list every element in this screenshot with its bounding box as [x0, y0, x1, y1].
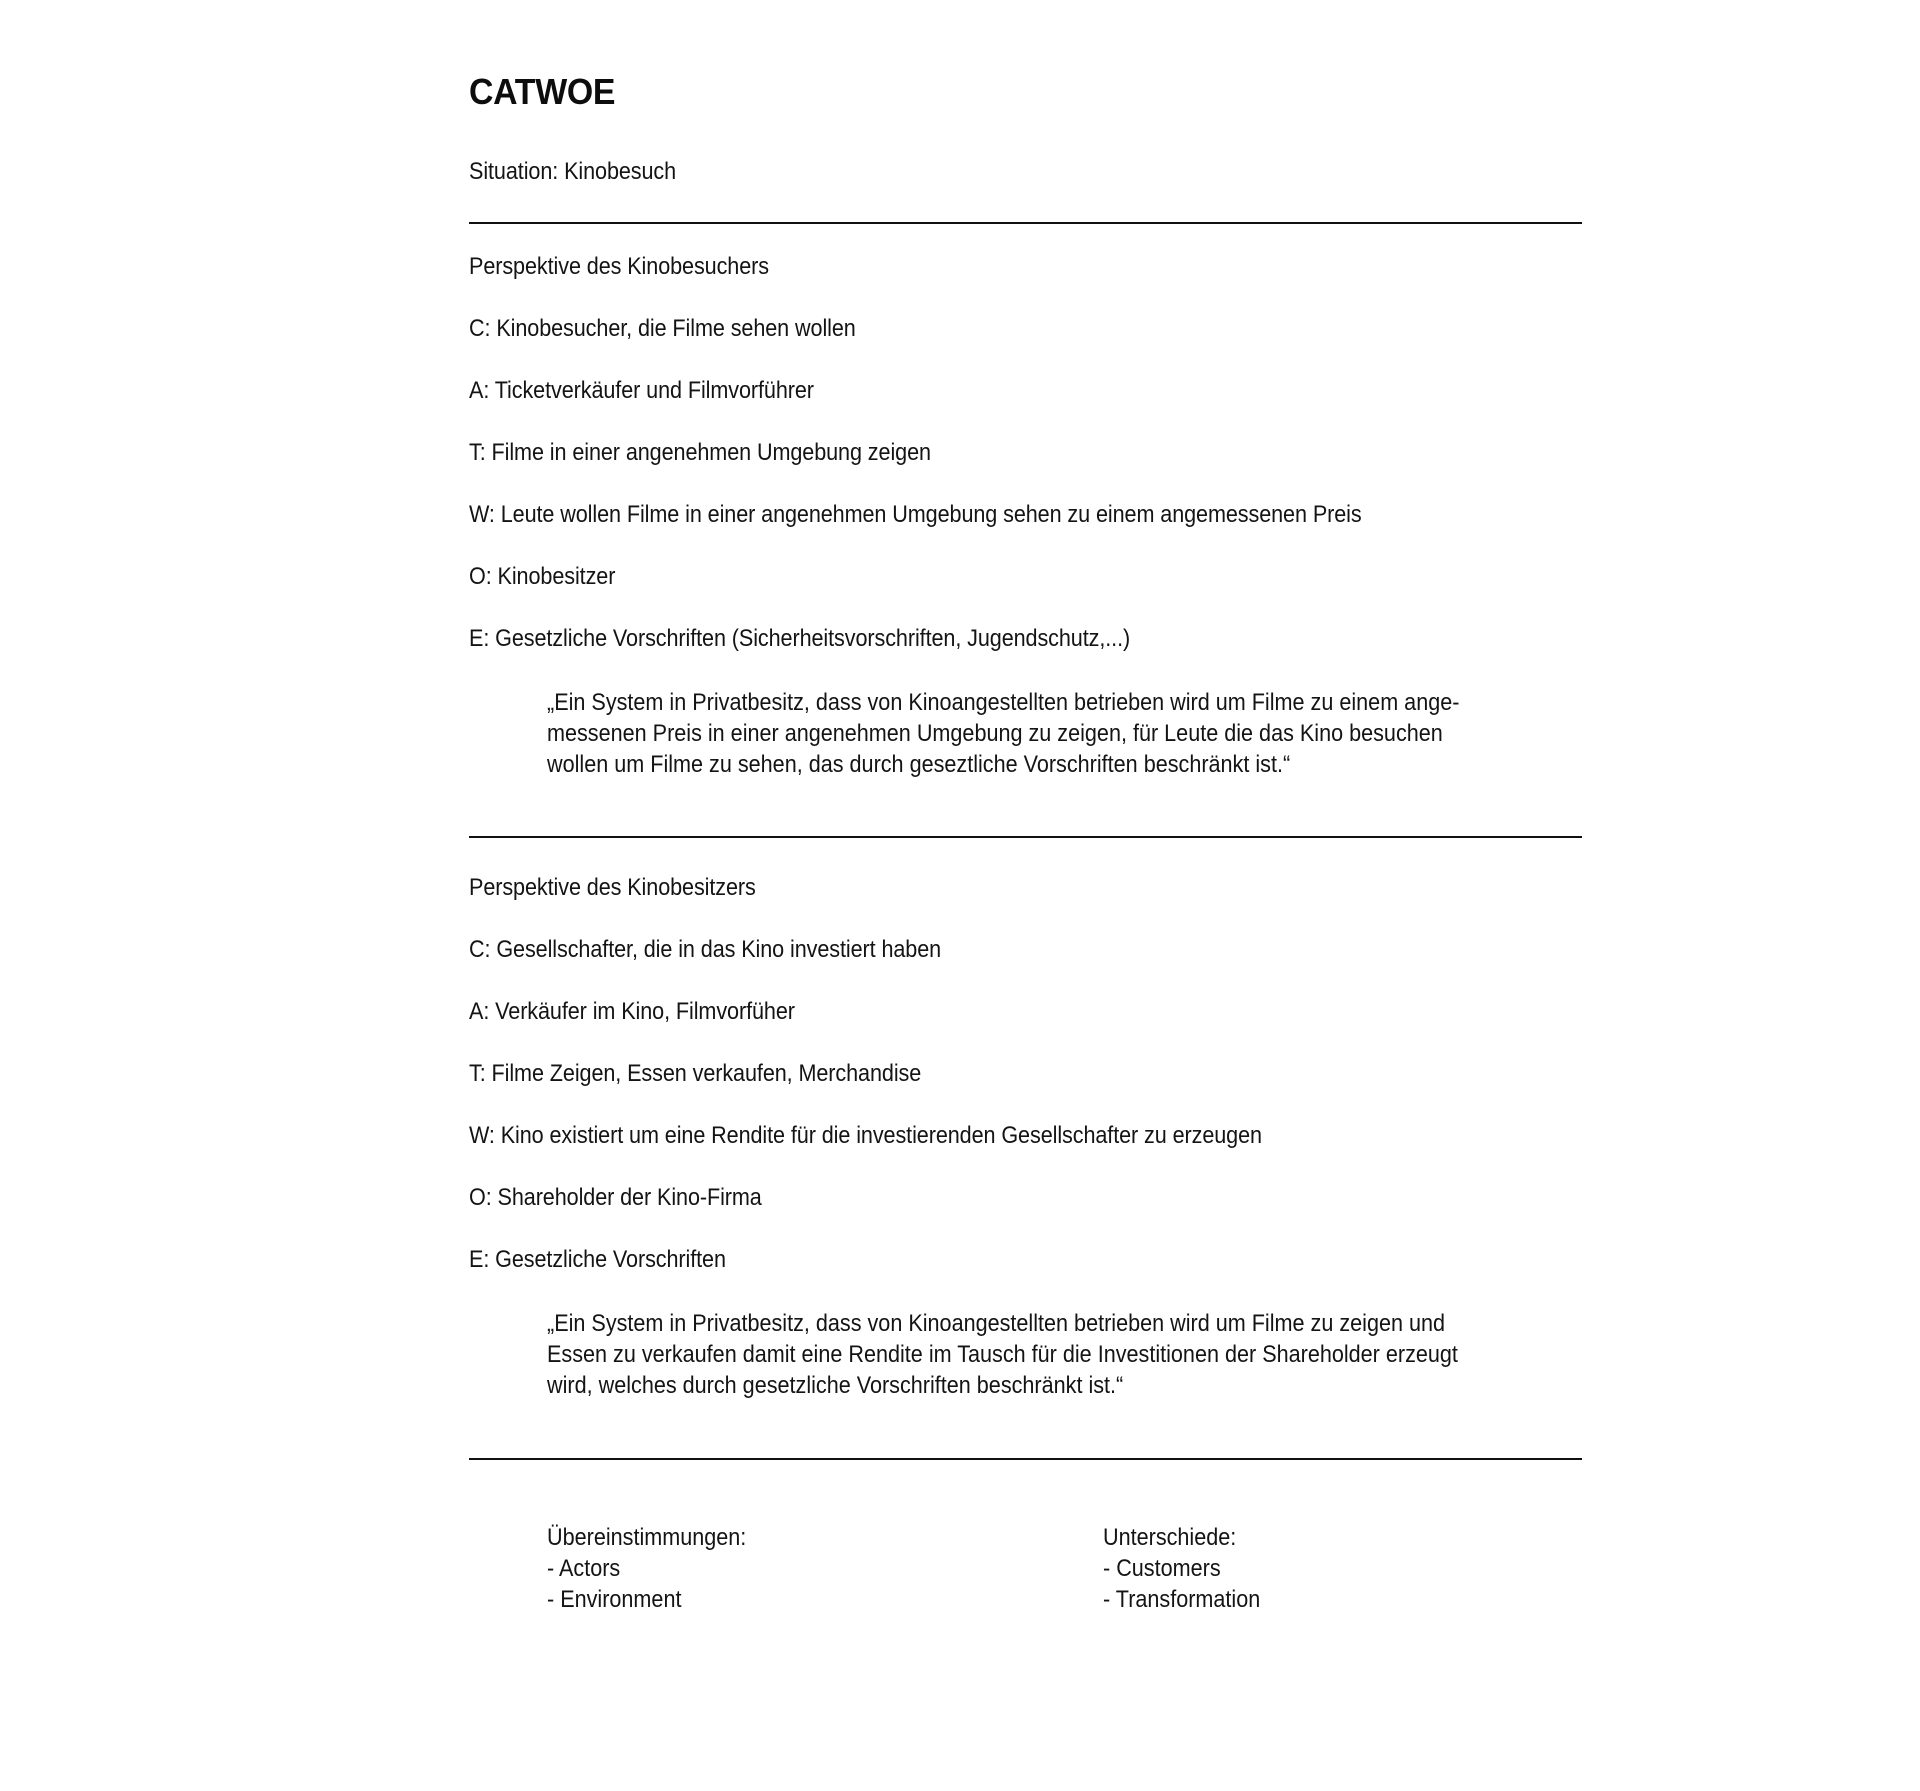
- catwoe-item-actors: A: Ticketverkäufer und Filmvorführer: [469, 376, 814, 406]
- root-definition-line: „Ein System in Privatbesitz, dass von Ki…: [547, 1308, 1551, 1339]
- catwoe-item-weltanschauung: W: Leute wollen Filme in einer angenehme…: [469, 500, 1362, 530]
- root-definition-line: „Ein System in Privatbesitz, dass von Ki…: [547, 687, 1551, 718]
- catwoe-item-environment: E: Gesetzliche Vorschriften (Sicherheits…: [469, 624, 1130, 654]
- list-item: - Environment: [547, 1584, 746, 1615]
- situation-label: Situation: Kinobesuch: [469, 157, 676, 187]
- list-item: - Actors: [547, 1553, 746, 1584]
- section-heading: Perspektive des Kinobesuchers: [469, 252, 769, 282]
- catwoe-item-owner: O: Shareholder der Kino-Firma: [469, 1183, 762, 1213]
- root-definition-line: wollen um Filme zu sehen, das durch gese…: [547, 749, 1551, 780]
- section-heading: Perspektive des Kinobesitzers: [469, 873, 756, 903]
- catwoe-item-customers: C: Kinobesucher, die Filme sehen wollen: [469, 314, 856, 344]
- section-divider: [469, 222, 1582, 224]
- root-definition-line: Essen zu verkaufen damit eine Rendite im…: [547, 1339, 1551, 1370]
- catwoe-item-transformation: T: Filme Zeigen, Essen verkaufen, Mercha…: [469, 1059, 921, 1089]
- catwoe-item-transformation: T: Filme in einer angenehmen Umgebung ze…: [469, 438, 931, 468]
- root-definition: „Ein System in Privatbesitz, dass von Ki…: [547, 687, 1551, 780]
- list-item: - Customers: [1103, 1553, 1260, 1584]
- differences-heading: Unterschiede:: [1103, 1522, 1260, 1553]
- catwoe-item-actors: A: Verkäufer im Kino, Filmvorfüher: [469, 997, 795, 1027]
- list-item: - Transformation: [1103, 1584, 1260, 1615]
- similarities-heading: Übereinstimmungen:: [547, 1522, 746, 1553]
- section-divider: [469, 1458, 1582, 1460]
- root-definition-line: wird, welches durch gesetzliche Vorschri…: [547, 1370, 1551, 1401]
- root-definition-line: messenen Preis in einer angenehmen Umgeb…: [547, 718, 1551, 749]
- catwoe-item-customers: C: Gesellschafter, die in das Kino inves…: [469, 935, 941, 965]
- similarities-list: Übereinstimmungen: - Actors - Environmen…: [547, 1522, 746, 1615]
- page-title: CATWOE: [469, 70, 615, 114]
- section-divider: [469, 836, 1582, 838]
- catwoe-item-owner: O: Kinobesitzer: [469, 562, 615, 592]
- catwoe-item-environment: E: Gesetzliche Vorschriften: [469, 1245, 726, 1275]
- root-definition: „Ein System in Privatbesitz, dass von Ki…: [547, 1308, 1551, 1401]
- differences-list: Unterschiede: - Customers - Transformati…: [1103, 1522, 1260, 1615]
- catwoe-item-weltanschauung: W: Kino existiert um eine Rendite für di…: [469, 1121, 1262, 1151]
